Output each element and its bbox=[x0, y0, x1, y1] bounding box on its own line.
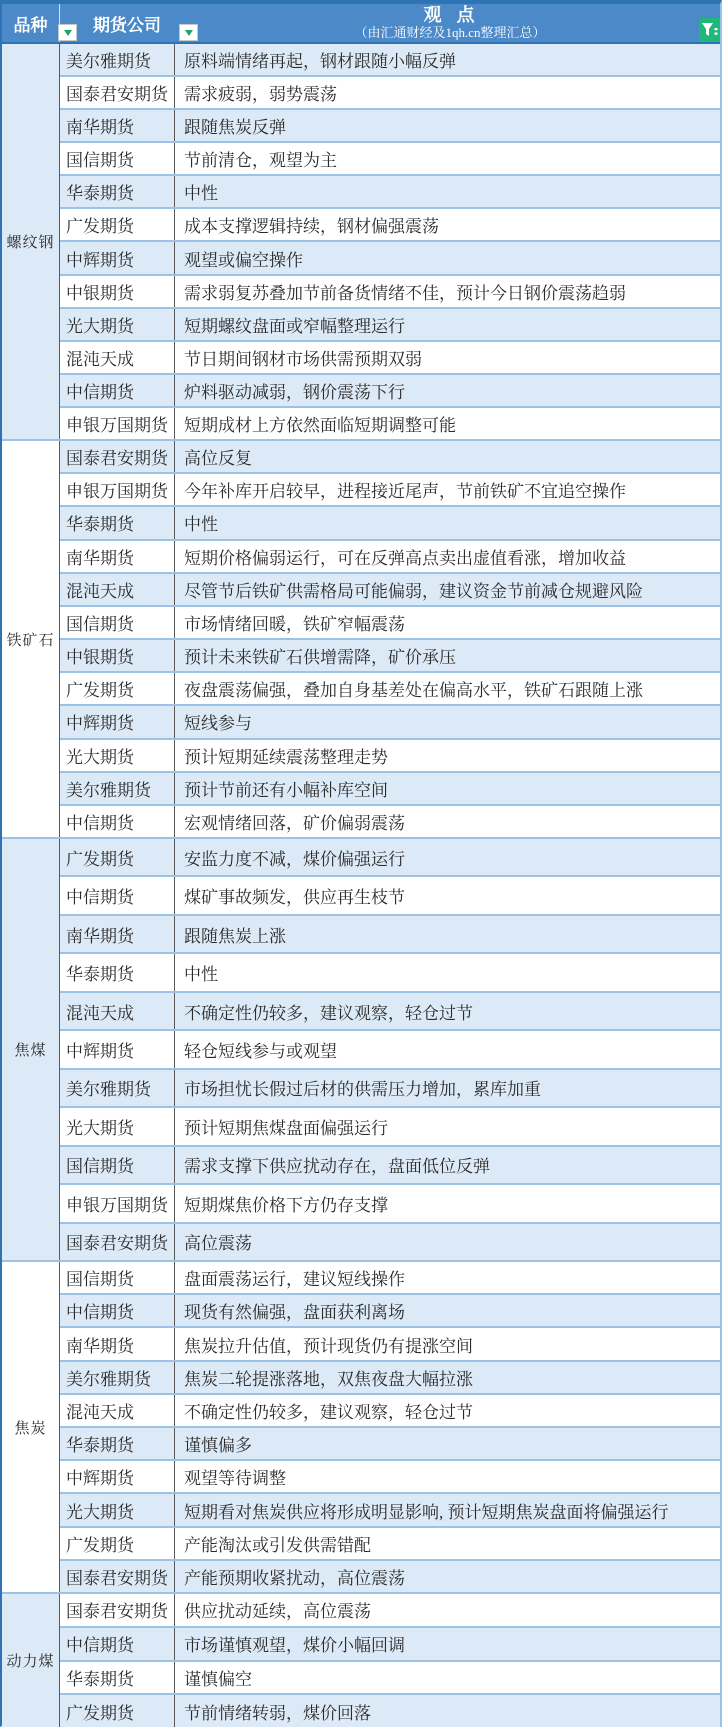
company-name: 中辉期货 bbox=[66, 1037, 134, 1062]
variety-column-header: 品种 bbox=[2, 4, 60, 42]
viewpoint-text: 轻仓短线参与或观望 bbox=[184, 1037, 337, 1062]
company-name: 申银万国期货 bbox=[66, 477, 168, 502]
futures-opinion-table: 品种 期货公司 观 点 （由汇通财经及1qh.cn整理汇总） 螺纹钢美尔雅期货原… bbox=[0, 0, 722, 1727]
table-row: 光大期货短期看对焦炭供应将形成明显影响, 预计短期焦炭盘面将偏强运行 bbox=[60, 1492, 720, 1525]
viewpoint-text: 炉料驱动减弱，钢价震荡下行 bbox=[184, 378, 405, 403]
table-row: 美尔雅期货原料端情绪再起，钢材跟随小幅反弹 bbox=[60, 44, 720, 75]
viewpoint-cell: 供应扰动延续，高位震荡 bbox=[175, 1594, 720, 1626]
table-row: 国泰君安期货供应扰动延续，高位震荡 bbox=[60, 1594, 720, 1626]
company-cell: 国信期货 bbox=[60, 143, 175, 174]
company-column-header: 期货公司 bbox=[60, 4, 180, 42]
company-cell: 广发期货 bbox=[60, 839, 175, 875]
table-row: 华泰期货谨慎偏多 bbox=[60, 1426, 720, 1459]
company-cell: 广发期货 bbox=[60, 1695, 175, 1727]
table-row: 华泰期货中性 bbox=[60, 174, 720, 207]
viewpoint-cell: 预计节前还有小幅补库空间 bbox=[175, 773, 720, 804]
viewpoint-cell: 预计短期延续震荡整理走势 bbox=[175, 740, 720, 771]
viewpoint-cell: 炉料驱动减弱，钢价震荡下行 bbox=[175, 375, 720, 406]
table-row: 中信期货煤矿事故频发，供应再生枝节 bbox=[60, 875, 720, 913]
viewpoint-text: 节前清仓，观望为主 bbox=[184, 146, 337, 171]
viewpoint-cell: 短线参与 bbox=[175, 706, 720, 737]
viewpoint-cell: 市场谨慎观望，煤价小幅回调 bbox=[175, 1628, 720, 1660]
viewpoint-text: 需求疲弱，弱势震荡 bbox=[184, 80, 337, 105]
company-cell: 中辉期货 bbox=[60, 1461, 175, 1492]
viewpoint-cell: 节前情绪转弱，煤价回落 bbox=[175, 1695, 720, 1727]
viewpoint-cell: 跟随焦炭反弹 bbox=[175, 110, 720, 141]
viewpoint-text: 安监力度不减，煤价偏强运行 bbox=[184, 845, 405, 870]
viewpoint-text: 盘面震荡运行，建议短线操作 bbox=[184, 1265, 405, 1290]
company-name: 国信期货 bbox=[66, 1265, 134, 1290]
viewpoint-text: 谨慎偏多 bbox=[184, 1431, 252, 1456]
table-row: 中辉期货短线参与 bbox=[60, 704, 720, 737]
table-row: 混沌天成节日期间钢材市场供需预期双弱 bbox=[60, 340, 720, 373]
company-cell: 南华期货 bbox=[60, 541, 175, 572]
viewpoint-header-label: 观 点 bbox=[424, 5, 477, 26]
table-row: 广发期货产能淘汰或引发供需错配 bbox=[60, 1526, 720, 1559]
table-row: 国信期货节前清仓，观望为主 bbox=[60, 141, 720, 174]
company-name: 华泰期货 bbox=[66, 1665, 134, 1690]
dropdown-arrow-icon bbox=[64, 30, 72, 36]
viewpoint-cell: 市场情绪回暖，铁矿窄幅震荡 bbox=[175, 607, 720, 638]
table-row: 美尔雅期货市场担忧长假过后材的供需压力增加，累库加重 bbox=[60, 1068, 720, 1106]
viewpoint-cell: 短期成材上方依然面临短期调整可能 bbox=[175, 408, 720, 439]
viewpoint-cell: 宏观情绪回落，矿价偏弱震荡 bbox=[175, 806, 720, 837]
company-cell: 国泰君安期货 bbox=[60, 1594, 175, 1626]
table-row: 申银万国期货短期成材上方依然面临短期调整可能 bbox=[60, 406, 720, 439]
table-row: 混沌天成不确定性仍较多，建议观察，轻仓过节 bbox=[60, 991, 720, 1029]
viewpoint-text: 产能预期收紧扰动，高位震荡 bbox=[184, 1564, 405, 1589]
table-row: 光大期货短期螺纹盘面或窄幅整理运行 bbox=[60, 307, 720, 340]
viewpoint-text: 不确定性仍较多，建议观察，轻仓过节 bbox=[184, 1398, 473, 1423]
company-name: 南华期货 bbox=[66, 113, 134, 138]
viewpoint-cell: 煤矿事故频发，供应再生枝节 bbox=[175, 877, 720, 913]
viewpoint-text: 成本支撑逻辑持续，钢材偏强震荡 bbox=[184, 212, 439, 237]
company-name: 中银期货 bbox=[66, 643, 134, 668]
viewpoint-cell: 夜盘震荡偏强，叠加自身基差处在偏高水平，铁矿石跟随上涨 bbox=[175, 673, 720, 704]
table-row: 广发期货安监力度不减，煤价偏强运行 bbox=[60, 839, 720, 875]
company-name: 南华期货 bbox=[66, 544, 134, 569]
viewpoint-text: 短期成材上方依然面临短期调整可能 bbox=[184, 411, 456, 436]
company-cell: 华泰期货 bbox=[60, 1662, 175, 1694]
table-row: 国泰君安期货产能预期收紧扰动，高位震荡 bbox=[60, 1559, 720, 1592]
company-cell: 美尔雅期货 bbox=[60, 44, 175, 75]
viewpoint-cell: 短期看对焦炭供应将形成明显影响, 预计短期焦炭盘面将偏强运行 bbox=[175, 1494, 720, 1525]
company-name: 申银万国期货 bbox=[66, 1191, 168, 1216]
company-name: 中信期货 bbox=[66, 1631, 134, 1656]
viewpoint-cell: 短期价格偏弱运行，可在反弹高点卖出虚值看涨，增加收益 bbox=[175, 541, 720, 572]
table-row: 中信期货现货有然偏强，盘面获利离场 bbox=[60, 1293, 720, 1326]
viewpoint-column-header: 观 点 （由汇通财经及1qh.cn整理汇总） bbox=[180, 4, 720, 42]
viewpoint-text: 短期看对焦炭供应将形成明显影响, 预计短期焦炭盘面将偏强运行 bbox=[184, 1498, 669, 1523]
viewpoint-text: 原料端情绪再起，钢材跟随小幅反弹 bbox=[184, 47, 456, 72]
company-name: 美尔雅期货 bbox=[66, 1365, 151, 1390]
variety-label: 铁矿石 bbox=[6, 629, 54, 650]
company-name: 国泰君安期货 bbox=[66, 1564, 168, 1589]
company-cell: 中辉期货 bbox=[60, 706, 175, 737]
viewpoint-text: 市场担忧长假过后材的供需压力增加，累库加重 bbox=[184, 1075, 541, 1100]
variety-cell: 焦炭 bbox=[2, 1262, 60, 1592]
company-cell: 国信期货 bbox=[60, 1262, 175, 1293]
company-cell: 申银万国期货 bbox=[60, 1185, 175, 1221]
viewpoint-cell: 需求支撑下供应扰动存在，盘面低位反弹 bbox=[175, 1147, 720, 1183]
table-row: 广发期货成本支撑逻辑持续，钢材偏强震荡 bbox=[60, 207, 720, 240]
company-cell: 中银期货 bbox=[60, 640, 175, 671]
viewpoint-cell: 盘面震荡运行，建议短线操作 bbox=[175, 1262, 720, 1293]
company-name: 美尔雅期货 bbox=[66, 47, 151, 72]
viewpoint-cell: 观望等待调整 bbox=[175, 1461, 720, 1492]
table-row: 广发期货夜盘震荡偏强，叠加自身基差处在偏高水平，铁矿石跟随上涨 bbox=[60, 671, 720, 704]
table-row: 南华期货焦炭拉升估值，预计现货仍有提涨空间 bbox=[60, 1326, 720, 1359]
viewpoint-text: 煤矿事故频发，供应再生枝节 bbox=[184, 883, 405, 908]
viewpoint-cell: 产能预期收紧扰动，高位震荡 bbox=[175, 1561, 720, 1592]
company-name: 华泰期货 bbox=[66, 960, 134, 985]
section-rows: 国泰君安期货高位反复申银万国期货今年补库开启较早，进程接近尾声，节前铁矿不宜追空… bbox=[60, 441, 720, 837]
viewpoint-text: 宏观情绪回落，矿价偏弱震荡 bbox=[184, 809, 405, 834]
table-row: 中信期货炉料驱动减弱，钢价震荡下行 bbox=[60, 373, 720, 406]
company-name: 广发期货 bbox=[66, 845, 134, 870]
table-row: 国信期货市场情绪回暖，铁矿窄幅震荡 bbox=[60, 605, 720, 638]
table-row: 光大期货预计短期焦煤盘面偏强运行 bbox=[60, 1106, 720, 1144]
viewpoint-cell: 高位震荡 bbox=[175, 1224, 720, 1260]
company-cell: 中信期货 bbox=[60, 1295, 175, 1326]
company-cell: 光大期货 bbox=[60, 1108, 175, 1144]
viewpoint-text: 夜盘震荡偏强，叠加自身基差处在偏高水平，铁矿石跟随上涨 bbox=[184, 676, 643, 701]
company-name: 申银万国期货 bbox=[66, 411, 168, 436]
company-cell: 国泰君安期货 bbox=[60, 441, 175, 472]
company-cell: 国信期货 bbox=[60, 607, 175, 638]
table-header: 品种 期货公司 观 点 （由汇通财经及1qh.cn整理汇总） bbox=[2, 4, 720, 44]
commodity-section: 铁矿石国泰君安期货高位反复申银万国期货今年补库开启较早，进程接近尾声，节前铁矿不… bbox=[2, 439, 720, 837]
viewpoint-cell: 现货有然偏强，盘面获利离场 bbox=[175, 1295, 720, 1326]
company-name: 中信期货 bbox=[66, 809, 134, 834]
table-row: 混沌天成不确定性仍较多，建议观察，轻仓过节 bbox=[60, 1393, 720, 1426]
company-name: 光大期货 bbox=[66, 743, 134, 768]
company-name: 国泰君安期货 bbox=[66, 1597, 168, 1622]
table-row: 申银万国期货短期煤焦价格下方仍存支撑 bbox=[60, 1183, 720, 1221]
viewpoint-cell: 中性 bbox=[175, 176, 720, 207]
company-cell: 华泰期货 bbox=[60, 507, 175, 538]
viewpoint-text: 短期煤焦价格下方仍存支撑 bbox=[184, 1191, 388, 1216]
viewpoint-text: 需求弱复苏叠加节前备货情绪不佳，预计今日钢价震荡趋弱 bbox=[184, 279, 626, 304]
viewpoint-cell: 谨慎偏空 bbox=[175, 1662, 720, 1694]
viewpoint-text: 短线参与 bbox=[184, 709, 252, 734]
viewpoint-cell: 安监力度不减，煤价偏强运行 bbox=[175, 839, 720, 875]
viewpoint-text: 谨慎偏空 bbox=[184, 1665, 252, 1690]
viewpoint-text: 预计短期延续震荡整理走势 bbox=[184, 743, 388, 768]
viewpoint-cell: 观望或偏空操作 bbox=[175, 242, 720, 273]
company-name: 国信期货 bbox=[66, 610, 134, 635]
variety-header-label: 品种 bbox=[14, 11, 48, 36]
variety-cell: 铁矿石 bbox=[2, 441, 60, 837]
viewpoint-cell: 跟随焦炭上涨 bbox=[175, 916, 720, 952]
variety-label: 动力煤 bbox=[6, 1650, 54, 1671]
variety-cell: 焦煤 bbox=[2, 839, 60, 1260]
viewpoint-text: 焦炭拉升估值，预计现货仍有提涨空间 bbox=[184, 1332, 473, 1357]
company-name: 中信期货 bbox=[66, 378, 134, 403]
table-row: 南华期货跟随焦炭反弹 bbox=[60, 108, 720, 141]
company-cell: 华泰期货 bbox=[60, 1428, 175, 1459]
company-name: 混沌天成 bbox=[66, 345, 134, 370]
viewpoint-text: 尽管节后铁矿供需格局可能偏弱，建议资金节前减仓规避风险 bbox=[184, 577, 643, 602]
commodity-section: 焦煤广发期货安监力度不减，煤价偏强运行中信期货煤矿事故频发，供应再生枝节南华期货… bbox=[2, 837, 720, 1260]
viewpoint-cell: 市场担忧长假过后材的供需压力增加，累库加重 bbox=[175, 1070, 720, 1106]
table-row: 华泰期货谨慎偏空 bbox=[60, 1660, 720, 1694]
viewpoint-text: 今年补库开启较早，进程接近尾声，节前铁矿不宜追空操作 bbox=[184, 477, 626, 502]
company-name: 广发期货 bbox=[66, 1699, 134, 1724]
viewpoint-text: 观望或偏空操作 bbox=[184, 246, 303, 271]
viewpoint-cell: 短期螺纹盘面或窄幅整理运行 bbox=[175, 309, 720, 340]
company-name: 国泰君安期货 bbox=[66, 80, 168, 105]
viewpoint-text: 产能淘汰或引发供需错配 bbox=[184, 1531, 371, 1556]
viewpoint-text: 市场情绪回暖，铁矿窄幅震荡 bbox=[184, 610, 405, 635]
company-name: 美尔雅期货 bbox=[66, 1075, 151, 1100]
viewpoint-text: 中性 bbox=[184, 960, 218, 985]
viewpoint-cell: 短期煤焦价格下方仍存支撑 bbox=[175, 1185, 720, 1221]
company-name: 广发期货 bbox=[66, 676, 134, 701]
company-cell: 混沌天成 bbox=[60, 1395, 175, 1426]
viewpoint-text: 观望等待调整 bbox=[184, 1464, 286, 1489]
viewpoint-text: 节前情绪转弱，煤价回落 bbox=[184, 1699, 371, 1724]
table-row: 混沌天成尽管节后铁矿供需格局可能偏弱，建议资金节前减仓规避风险 bbox=[60, 572, 720, 605]
company-name: 华泰期货 bbox=[66, 510, 134, 535]
variety-cell: 螺纹钢 bbox=[2, 44, 60, 439]
company-cell: 美尔雅期货 bbox=[60, 1070, 175, 1106]
company-cell: 国信期货 bbox=[60, 1147, 175, 1183]
company-name: 中辉期货 bbox=[66, 246, 134, 271]
viewpoint-cell: 成本支撑逻辑持续，钢材偏强震荡 bbox=[175, 209, 720, 240]
filter-funnel-button[interactable] bbox=[699, 18, 720, 42]
viewpoint-text: 现货有然偏强，盘面获利离场 bbox=[184, 1298, 405, 1323]
table-row: 中信期货市场谨慎观望，煤价小幅回调 bbox=[60, 1626, 720, 1660]
company-name: 国信期货 bbox=[66, 1152, 134, 1177]
company-cell: 国泰君安期货 bbox=[60, 77, 175, 108]
viewpoint-cell: 产能淘汰或引发供需错配 bbox=[175, 1528, 720, 1559]
viewpoint-cell: 焦炭二轮提涨落地，双焦夜盘大幅拉涨 bbox=[175, 1362, 720, 1393]
table-row: 国信期货盘面震荡运行，建议短线操作 bbox=[60, 1262, 720, 1293]
viewpoint-cell: 尽管节后铁矿供需格局可能偏弱，建议资金节前减仓规避风险 bbox=[175, 574, 720, 605]
company-name: 光大期货 bbox=[66, 312, 134, 337]
company-cell: 中信期货 bbox=[60, 375, 175, 406]
company-cell: 光大期货 bbox=[60, 309, 175, 340]
viewpoint-text: 节日期间钢材市场供需预期双弱 bbox=[184, 345, 422, 370]
company-cell: 混沌天成 bbox=[60, 993, 175, 1029]
viewpoint-text: 短期螺纹盘面或窄幅整理运行 bbox=[184, 312, 405, 337]
viewpoint-cell: 不确定性仍较多，建议观察，轻仓过节 bbox=[175, 1395, 720, 1426]
company-cell: 南华期货 bbox=[60, 916, 175, 952]
table-row: 光大期货预计短期延续震荡整理走势 bbox=[60, 738, 720, 771]
table-row: 南华期货跟随焦炭上涨 bbox=[60, 914, 720, 952]
company-cell: 光大期货 bbox=[60, 1494, 175, 1525]
viewpoint-cell: 节日期间钢材市场供需预期双弱 bbox=[175, 342, 720, 373]
company-cell: 美尔雅期货 bbox=[60, 1362, 175, 1393]
company-name: 中信期货 bbox=[66, 1298, 134, 1323]
section-rows: 国信期货盘面震荡运行，建议短线操作中信期货现货有然偏强，盘面获利离场南华期货焦炭… bbox=[60, 1262, 720, 1592]
viewpoint-text: 跟随焦炭反弹 bbox=[184, 113, 286, 138]
company-cell: 中信期货 bbox=[60, 877, 175, 913]
viewpoint-text: 焦炭二轮提涨落地，双焦夜盘大幅拉涨 bbox=[184, 1365, 473, 1390]
table-row: 广发期货节前情绪转弱，煤价回落 bbox=[60, 1693, 720, 1727]
table-row: 南华期货短期价格偏弱运行，可在反弹高点卖出虚值看涨，增加收益 bbox=[60, 539, 720, 572]
commodity-section: 动力煤国泰君安期货供应扰动延续，高位震荡中信期货市场谨慎观望，煤价小幅回调华泰期… bbox=[2, 1592, 720, 1727]
company-name: 中银期货 bbox=[66, 279, 134, 304]
viewpoint-header-subtitle: （由汇通财经及1qh.cn整理汇总） bbox=[354, 26, 545, 41]
table-row: 中辉期货观望或偏空操作 bbox=[60, 240, 720, 273]
viewpoint-text: 需求支撑下供应扰动存在，盘面低位反弹 bbox=[184, 1152, 490, 1177]
company-cell: 中辉期货 bbox=[60, 242, 175, 273]
company-name: 光大期货 bbox=[66, 1498, 134, 1523]
table-row: 国泰君安期货高位反复 bbox=[60, 441, 720, 472]
company-cell: 混沌天成 bbox=[60, 574, 175, 605]
viewpoint-text: 中性 bbox=[184, 510, 218, 535]
viewpoint-cell: 需求弱复苏叠加节前备货情绪不佳，预计今日钢价震荡趋弱 bbox=[175, 276, 720, 307]
company-name: 混沌天成 bbox=[66, 577, 134, 602]
table-row: 中辉期货观望等待调整 bbox=[60, 1459, 720, 1492]
company-cell: 光大期货 bbox=[60, 740, 175, 771]
company-filter-button[interactable] bbox=[179, 24, 198, 41]
viewpoint-cell: 预计未来铁矿石供增需降，矿价承压 bbox=[175, 640, 720, 671]
company-cell: 华泰期货 bbox=[60, 954, 175, 990]
company-cell: 华泰期货 bbox=[60, 176, 175, 207]
viewpoint-cell: 轻仓短线参与或观望 bbox=[175, 1031, 720, 1067]
company-name: 混沌天成 bbox=[66, 1398, 134, 1423]
table-body: 螺纹钢美尔雅期货原料端情绪再起，钢材跟随小幅反弹国泰君安期货需求疲弱，弱势震荡南… bbox=[2, 44, 720, 1727]
company-cell: 美尔雅期货 bbox=[60, 773, 175, 804]
company-name: 广发期货 bbox=[66, 212, 134, 237]
company-header-label: 期货公司 bbox=[93, 11, 161, 36]
viewpoint-text: 供应扰动延续，高位震荡 bbox=[184, 1597, 371, 1622]
company-name: 中信期货 bbox=[66, 883, 134, 908]
company-name: 混沌天成 bbox=[66, 999, 134, 1024]
viewpoint-text: 短期价格偏弱运行，可在反弹高点卖出虚值看涨，增加收益 bbox=[184, 544, 626, 569]
company-cell: 广发期货 bbox=[60, 209, 175, 240]
table-row: 国泰君安期货需求疲弱，弱势震荡 bbox=[60, 75, 720, 108]
table-row: 国信期货需求支撑下供应扰动存在，盘面低位反弹 bbox=[60, 1145, 720, 1183]
company-name: 华泰期货 bbox=[66, 1431, 134, 1456]
company-cell: 南华期货 bbox=[60, 1328, 175, 1359]
viewpoint-text: 跟随焦炭上涨 bbox=[184, 922, 286, 947]
company-cell: 中银期货 bbox=[60, 276, 175, 307]
company-cell: 混沌天成 bbox=[60, 342, 175, 373]
viewpoint-text: 市场谨慎观望，煤价小幅回调 bbox=[184, 1631, 405, 1656]
viewpoint-text: 高位反复 bbox=[184, 444, 252, 469]
company-cell: 申银万国期货 bbox=[60, 474, 175, 505]
company-name: 美尔雅期货 bbox=[66, 776, 151, 801]
viewpoint-cell: 节前清仓，观望为主 bbox=[175, 143, 720, 174]
table-row: 美尔雅期货焦炭二轮提涨落地，双焦夜盘大幅拉涨 bbox=[60, 1360, 720, 1393]
funnel-icon bbox=[701, 21, 718, 39]
viewpoint-cell: 不确定性仍较多，建议观察，轻仓过节 bbox=[175, 993, 720, 1029]
variety-label: 焦煤 bbox=[14, 1039, 46, 1060]
viewpoint-cell: 高位反复 bbox=[175, 441, 720, 472]
table-row: 华泰期货中性 bbox=[60, 952, 720, 990]
dropdown-arrow-icon bbox=[185, 30, 193, 36]
commodity-section: 焦炭国信期货盘面震荡运行，建议短线操作中信期货现货有然偏强，盘面获利离场南华期货… bbox=[2, 1260, 720, 1592]
section-rows: 国泰君安期货供应扰动延续，高位震荡中信期货市场谨慎观望，煤价小幅回调华泰期货谨慎… bbox=[60, 1594, 720, 1727]
company-cell: 南华期货 bbox=[60, 110, 175, 141]
company-name: 国信期货 bbox=[66, 146, 134, 171]
company-cell: 广发期货 bbox=[60, 1528, 175, 1559]
table-row: 中银期货需求弱复苏叠加节前备货情绪不佳，预计今日钢价震荡趋弱 bbox=[60, 274, 720, 307]
viewpoint-text: 预计节前还有小幅补库空间 bbox=[184, 776, 388, 801]
viewpoint-cell: 需求疲弱，弱势震荡 bbox=[175, 77, 720, 108]
viewpoint-cell: 预计短期焦煤盘面偏强运行 bbox=[175, 1108, 720, 1144]
company-cell: 国泰君安期货 bbox=[60, 1561, 175, 1592]
variety-label: 焦炭 bbox=[14, 1417, 46, 1438]
company-name: 中辉期货 bbox=[66, 709, 134, 734]
section-rows: 广发期货安监力度不减，煤价偏强运行中信期货煤矿事故频发，供应再生枝节南华期货跟随… bbox=[60, 839, 720, 1260]
viewpoint-cell: 今年补库开启较早，进程接近尾声，节前铁矿不宜追空操作 bbox=[175, 474, 720, 505]
viewpoint-cell: 原料端情绪再起，钢材跟随小幅反弹 bbox=[175, 44, 720, 75]
variety-filter-button[interactable] bbox=[58, 24, 77, 41]
company-name: 南华期货 bbox=[66, 1332, 134, 1357]
company-name: 南华期货 bbox=[66, 922, 134, 947]
viewpoint-text: 不确定性仍较多，建议观察，轻仓过节 bbox=[184, 999, 473, 1024]
viewpoint-cell: 中性 bbox=[175, 507, 720, 538]
company-cell: 广发期货 bbox=[60, 673, 175, 704]
table-row: 美尔雅期货预计节前还有小幅补库空间 bbox=[60, 771, 720, 804]
viewpoint-text: 预计未来铁矿石供增需降，矿价承压 bbox=[184, 643, 456, 668]
company-cell: 中信期货 bbox=[60, 1628, 175, 1660]
company-cell: 申银万国期货 bbox=[60, 408, 175, 439]
company-name: 中辉期货 bbox=[66, 1464, 134, 1489]
section-rows: 美尔雅期货原料端情绪再起，钢材跟随小幅反弹国泰君安期货需求疲弱，弱势震荡南华期货… bbox=[60, 44, 720, 439]
company-name: 国泰君安期货 bbox=[66, 444, 168, 469]
table-row: 申银万国期货今年补库开启较早，进程接近尾声，节前铁矿不宜追空操作 bbox=[60, 472, 720, 505]
company-name: 华泰期货 bbox=[66, 179, 134, 204]
company-name: 广发期货 bbox=[66, 1531, 134, 1556]
company-name: 光大期货 bbox=[66, 1114, 134, 1139]
table-row: 国泰君安期货高位震荡 bbox=[60, 1222, 720, 1260]
variety-cell: 动力煤 bbox=[2, 1594, 60, 1727]
commodity-section: 螺纹钢美尔雅期货原料端情绪再起，钢材跟随小幅反弹国泰君安期货需求疲弱，弱势震荡南… bbox=[2, 44, 720, 439]
viewpoint-cell: 谨慎偏多 bbox=[175, 1428, 720, 1459]
company-cell: 中信期货 bbox=[60, 806, 175, 837]
company-cell: 中辉期货 bbox=[60, 1031, 175, 1067]
viewpoint-text: 预计短期焦煤盘面偏强运行 bbox=[184, 1114, 388, 1139]
viewpoint-cell: 焦炭拉升估值，预计现货仍有提涨空间 bbox=[175, 1328, 720, 1359]
table-row: 华泰期货中性 bbox=[60, 505, 720, 538]
viewpoint-text: 中性 bbox=[184, 179, 218, 204]
table-row: 中信期货宏观情绪回落，矿价偏弱震荡 bbox=[60, 804, 720, 837]
company-name: 国泰君安期货 bbox=[66, 1229, 168, 1254]
variety-label: 螺纹钢 bbox=[6, 231, 54, 252]
viewpoint-cell: 中性 bbox=[175, 954, 720, 990]
table-row: 中银期货预计未来铁矿石供增需降，矿价承压 bbox=[60, 638, 720, 671]
table-row: 中辉期货轻仓短线参与或观望 bbox=[60, 1029, 720, 1067]
viewpoint-text: 高位震荡 bbox=[184, 1229, 252, 1254]
company-cell: 国泰君安期货 bbox=[60, 1224, 175, 1260]
